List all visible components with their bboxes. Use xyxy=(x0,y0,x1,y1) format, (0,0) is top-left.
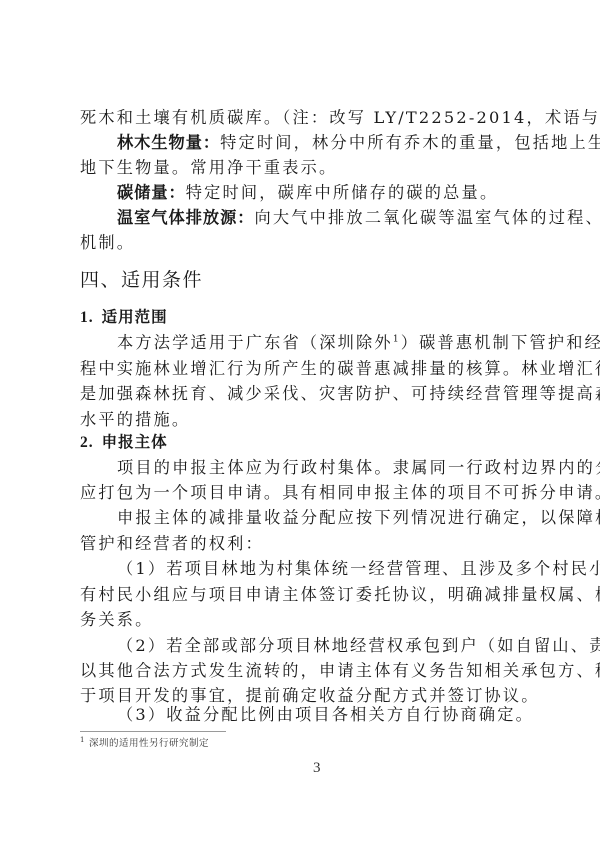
subsection-number: 1. xyxy=(80,309,94,326)
subsection-title: 适用范围 xyxy=(102,308,168,326)
paragraph-line: 本方法学适用于广东省（深圳除外1）碳普惠机制下管护和经营森林过 xyxy=(117,333,528,353)
subsection-number: 2. xyxy=(80,434,94,451)
paragraph-text: 本方法学适用于广东省（深圳除外 xyxy=(117,333,393,352)
definition-term: 林木生物量： xyxy=(117,133,220,152)
footnote: 1深圳的适用性另行研究制定 xyxy=(80,738,209,750)
definition-carbon-stock: 碳储量：特定时间，碳库中所储存的碳的总量。 xyxy=(117,183,528,203)
definition-ghg-source: 温室气体排放源：向大气中排放二氧化碳等温室气体的过程、活动或 xyxy=(117,208,528,228)
subsection-heading-applicant: 2.申报主体 xyxy=(80,432,168,453)
definition-biomass: 林木生物量：特定时间，林分中所有乔木的重量，包括地上生物量和 xyxy=(117,133,528,153)
paragraph-line: 水平的措施。 xyxy=(80,410,528,430)
list-item-3: （3）收益分配比例由项目各相关方自行协商确定。 xyxy=(117,705,528,725)
footnote-ref: 1 xyxy=(393,335,401,345)
footnote-marker: 1 xyxy=(80,736,85,744)
footnote-text: 深圳的适用性另行研究制定 xyxy=(89,738,209,749)
list-item-1-cont: 务关系。 xyxy=(80,610,528,630)
definition-term: 温室气体排放源： xyxy=(117,208,255,227)
definition-text: 特定时间，碳库中所储存的碳的总量。 xyxy=(186,183,499,202)
body-text-line: 死木和土壤有机质碳库。（注：改写 LY/T2252-2014，术语与定义 3.2… xyxy=(80,108,528,128)
footnote-divider xyxy=(80,731,226,732)
list-item-1-cont: 有村民小组应与项目申请主体签订委托协议，明确减排量权属、权利及义 xyxy=(80,585,528,605)
paragraph-line: 应打包为一个项目申请。具有相同申报主体的项目不可拆分申请。 xyxy=(80,483,528,503)
definition-biomass-cont: 地下生物量。常用净干重表示。 xyxy=(80,158,528,178)
paragraph-text: ）碳普惠机制下管护和经营森林过 xyxy=(401,333,600,352)
definition-ghg-source-cont: 机制。 xyxy=(80,233,528,253)
page-number: 3 xyxy=(313,758,321,778)
definition-text: 向大气中排放二氧化碳等温室气体的过程、活动或 xyxy=(255,208,600,227)
subsection-heading-scope: 1.适用范围 xyxy=(80,307,168,328)
paragraph-line: 项目的申报主体应为行政村集体。隶属同一行政村边界内的分散林地 xyxy=(117,458,528,478)
paragraph-line: 程中实施林业增汇行为所产生的碳普惠减排量的核算。林业增汇行为可以 xyxy=(80,359,528,379)
definition-text: 特定时间，林分中所有乔木的重量，包括地上生物量和 xyxy=(220,133,600,152)
list-item-2-cont: 于项目开发的事宜，提前确定收益分配方式并签订协议。 xyxy=(80,686,528,706)
list-item-2-cont: 以其他合法方式发生流转的，申请主体有义务告知相关承包方、租赁方关 xyxy=(80,661,528,681)
list-item-2: （2）若全部或部分项目林地经营权承包到户（如自留山、责任山）或 xyxy=(117,636,528,656)
paragraph-line: 申报主体的减排量收益分配应按下列情况进行确定，以保障林地实际 xyxy=(117,508,528,528)
document-page: 死木和土壤有机质碳库。（注：改写 LY/T2252-2014，术语与定义 3.2… xyxy=(0,0,600,848)
subsection-title: 申报主体 xyxy=(102,433,168,451)
section-heading: 四、适用条件 xyxy=(80,268,203,292)
paragraph-line: 管护和经营者的权利： xyxy=(80,534,528,554)
paragraph-line: 是加强森林抚育、减少采伐、灾害防护、可持续经营管理等提高森林碳汇 xyxy=(80,384,528,404)
definition-term: 碳储量： xyxy=(117,183,186,202)
list-item-1: （1）若项目林地为村集体统一经营管理、且涉及多个村民小组的，所 xyxy=(117,559,528,579)
